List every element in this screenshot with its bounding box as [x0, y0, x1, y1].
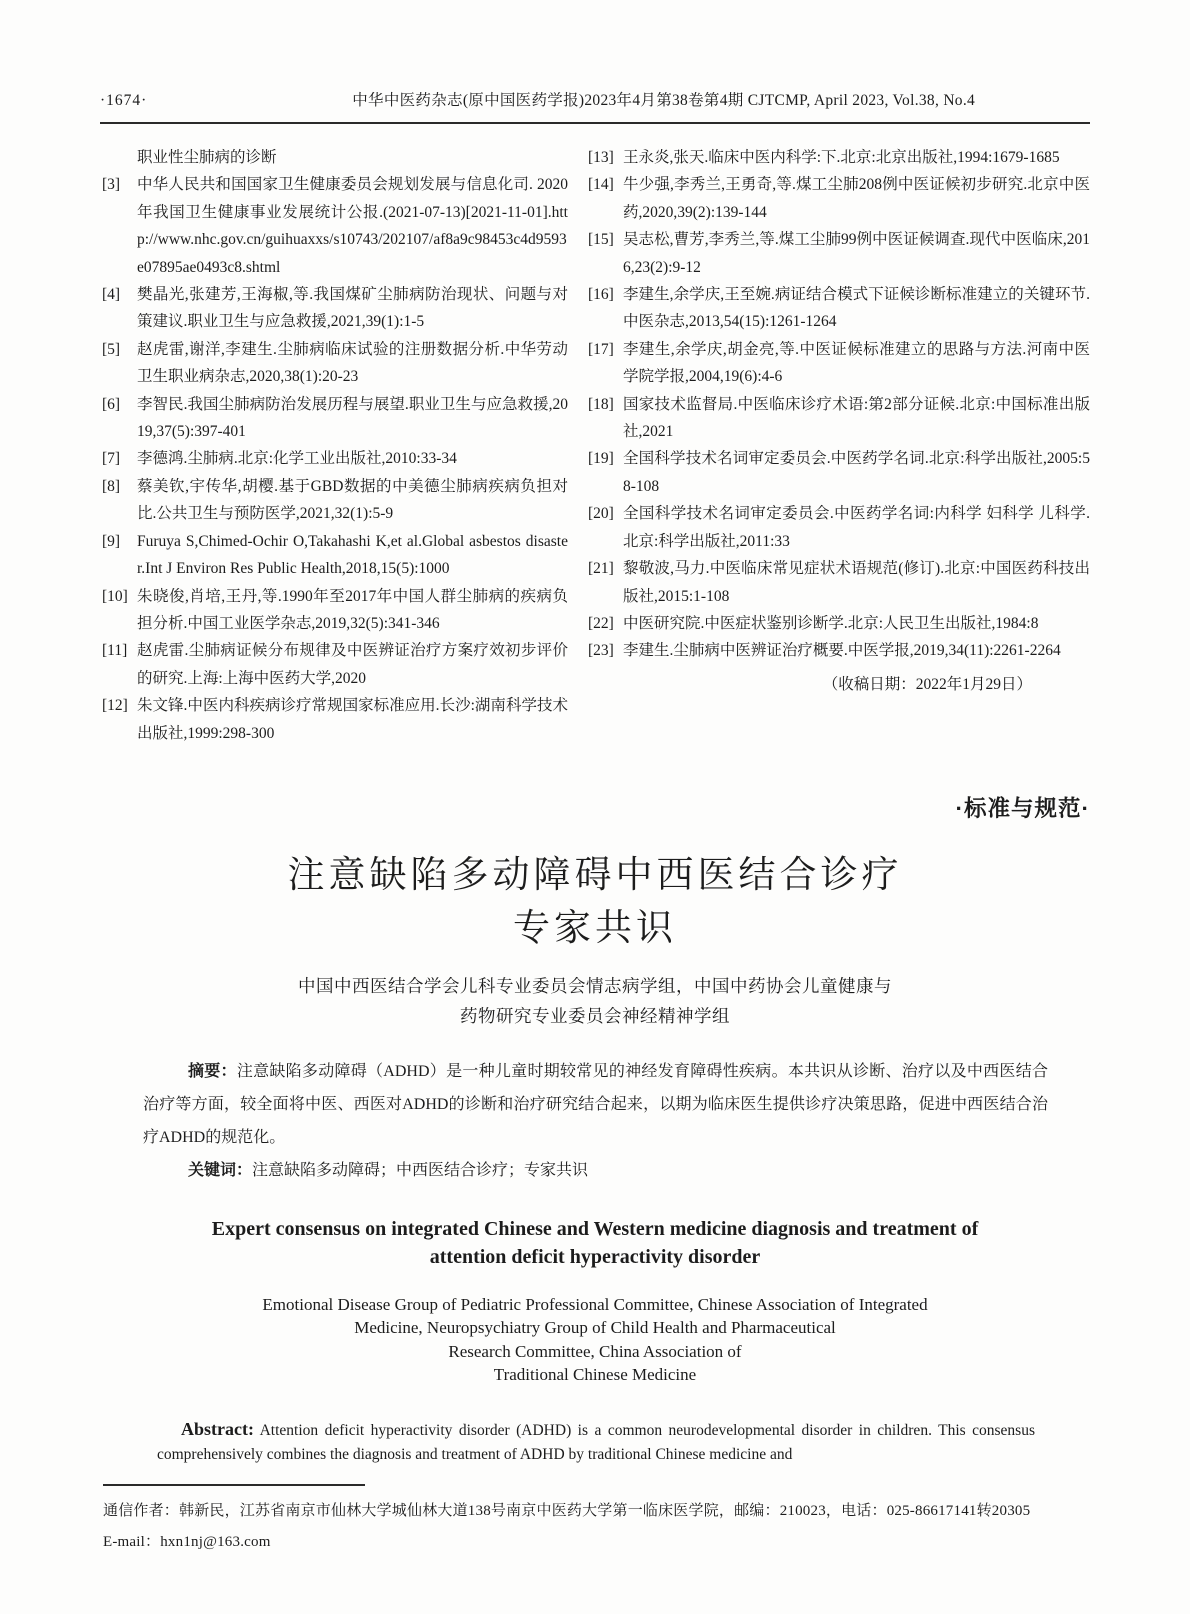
en-title-line: attention deficit hyperactivity disorder — [145, 1243, 1045, 1271]
reference-item: [4] 樊晶光,张建芳,王海椒,等.我国煤矿尘肺病防治现状、问题与对策建议.职业… — [102, 281, 568, 336]
reference-item: [16] 李建生,余学庆,王至婉.病证结合模式下证候诊断标准建立的关键环节.中医… — [588, 281, 1090, 336]
en-title-line: Expert consensus on integrated Chinese a… — [145, 1215, 1045, 1243]
journal-page: ·1674· 中华中医药杂志(原中国医药学报)2023年4月第38卷第4期 CJ… — [0, 0, 1190, 1614]
reference-item: [7] 李德鸿.尘肺病.北京:化学工业出版社,2010:33-34 — [102, 445, 568, 472]
reference-number: [6] — [102, 391, 120, 418]
cn-keywords-text: 注意缺陷多动障碍；中西医结合诊疗；专家共识 — [252, 1162, 588, 1179]
en-title: Expert consensus on integrated Chinese a… — [145, 1215, 1045, 1271]
en-affiliation: Emotional Disease Group of Pediatric Pro… — [0, 1293, 1190, 1387]
author-groups-line: 药物研究专业委员会神经精神学组 — [0, 1001, 1190, 1031]
cn-keywords-label: 关键词： — [188, 1162, 252, 1179]
reference-text: 李建生,余学庆,王至婉.病证结合模式下证候诊断标准建立的关键环节.中医杂志,20… — [623, 286, 1090, 330]
en-abstract-label: Abstract: — [181, 1419, 254, 1439]
reference-text: 吴志松,曹芳,李秀兰,等.煤工尘肺99例中医证候调查.现代中医临床,2016,2… — [623, 231, 1090, 275]
reference-text: 全国科学技术名词审定委员会.中医药学名词:内科学 妇科学 儿科学.北京:科学出版… — [623, 505, 1090, 549]
reference-text: 蔡美钦,宇传华,胡樱.基于GBD数据的中美德尘肺病疾病负担对比.公共卫生与预防医… — [137, 478, 568, 522]
reference-number: [14] — [588, 171, 614, 198]
reference-text: Furuya S,Chimed-Ochir O,Takahashi K,et a… — [137, 533, 568, 577]
reference-item: [19] 全国科学技术名词审定委员会.中医药学名词.北京:科学出版社,2005:… — [588, 445, 1090, 500]
reference-text: 赵虎雷,谢洋,李建生.尘肺病临床试验的注册数据分析.中华劳动卫生职业病杂志,20… — [137, 341, 568, 385]
reference-text: 中医研究院.中医症状鉴别诊断学.北京:人民卫生出版社,1984:8 — [623, 615, 1039, 632]
reference-text: 全国科学技术名词审定委员会.中医药学名词.北京:科学出版社,2005:58-10… — [623, 450, 1090, 494]
footer-correspondence: 通信作者：韩新民，江苏省南京市仙林大学城仙林大道138号南京中医药大学第一临床医… — [103, 1496, 1095, 1558]
en-affiliation-line: Traditional Chinese Medicine — [0, 1363, 1190, 1387]
reference-text: 朱晓俊,肖培,王丹,等.1990年至2017年中国人群尘肺病的疾病负担分析.中国… — [137, 588, 568, 632]
reference-text: 王永炎,张天.临床中医内科学:下.北京:北京出版社,1994:1679-1685 — [623, 149, 1060, 166]
en-affiliation-line: Medicine, Neuropsychiatry Group of Child… — [0, 1316, 1190, 1340]
reference-number: [20] — [588, 500, 614, 527]
reference-item: [18] 国家技术监督局.中医临床诊疗术语:第2部分证候.北京:中国标准出版社,… — [588, 391, 1090, 446]
reference-text: 李德鸿.尘肺病.北京:化学工业出版社,2010:33-34 — [137, 450, 457, 467]
page-number: ·1674· — [100, 92, 147, 110]
author-groups-line: 中国中西医结合学会儿科专业委员会情志病学组，中国中药协会儿童健康与 — [0, 971, 1190, 1001]
reference-item: [21] 黎敬波,马力.中医临床常见症状术语规范(修订).北京:中国医药科技出版… — [588, 555, 1090, 610]
section-badge: ·标准与规范· — [0, 791, 1090, 823]
received-date: （收稿日期：2022年1月29日） — [588, 671, 1090, 698]
reference-number: [18] — [588, 391, 614, 418]
cn-abstract-label: 摘要： — [188, 1063, 237, 1080]
reference-item: 职业性尘肺病的诊断 — [102, 144, 568, 171]
reference-text: 李建生,余学庆,胡金亮,等.中医证候标准建立的思路与方法.河南中医学院学报,20… — [623, 341, 1090, 385]
en-abstract-block: Abstract: Attention deficit hyperactivit… — [157, 1417, 1035, 1468]
reference-text: 朱文锋.中医内科疾病诊疗常规国家标准应用.长沙:湖南科学技术出版社,1999:2… — [137, 697, 568, 741]
reference-item: [14] 牛少强,李秀兰,王勇奇,等.煤工尘肺208例中医证候初步研究.北京中医… — [588, 171, 1090, 226]
reference-text: 国家技术监督局.中医临床诊疗术语:第2部分证候.北京:中国标准出版社,2021 — [623, 396, 1090, 440]
reference-number: [11] — [102, 637, 127, 664]
reference-number: [5] — [102, 336, 120, 363]
reference-text: 牛少强,李秀兰,王勇奇,等.煤工尘肺208例中医证候初步研究.北京中医药,202… — [623, 176, 1090, 220]
reference-text: 中华人民共和国国家卫生健康委员会规划发展与信息化司. 2020年我国卫生健康事业… — [137, 176, 568, 275]
reference-number: [10] — [102, 583, 128, 610]
references-left-column: 职业性尘肺病的诊断 [3] 中华人民共和国国家卫生健康委员会规划发展与信息化司.… — [102, 144, 568, 747]
reference-text: 职业性尘肺病的诊断 — [137, 149, 277, 166]
reference-text: 黎敬波,马力.中医临床常见症状术语规范(修订).北京:中国医药科技出版社,201… — [623, 560, 1090, 604]
author-groups: 中国中西医结合学会儿科专业委员会情志病学组，中国中药协会儿童健康与药物研究专业委… — [0, 971, 1190, 1031]
references-section: 职业性尘肺病的诊断 [3] 中华人民共和国国家卫生健康委员会规划发展与信息化司.… — [102, 144, 1090, 747]
reference-item: [23] 李建生.尘肺病中医辨证治疗概要.中医学报,2019,34(11):22… — [588, 637, 1090, 664]
reference-number: [12] — [102, 692, 128, 719]
reference-item: [3] 中华人民共和国国家卫生健康委员会规划发展与信息化司. 2020年我国卫生… — [102, 171, 568, 281]
reference-number: [13] — [588, 144, 614, 171]
reference-item: [10] 朱晓俊,肖培,王丹,等.1990年至2017年中国人群尘肺病的疾病负担… — [102, 583, 568, 638]
reference-text: 樊晶光,张建芳,王海椒,等.我国煤矿尘肺病防治现状、问题与对策建议.职业卫生与应… — [137, 286, 568, 330]
reference-number: [16] — [588, 281, 614, 308]
references-right-column: [13] 王永炎,张天.临床中医内科学:下.北京:北京出版社,1994:1679… — [588, 144, 1090, 747]
reference-item: [22] 中医研究院.中医症状鉴别诊断学.北京:人民卫生出版社,1984:8 — [588, 610, 1090, 637]
reference-number: [8] — [102, 473, 120, 500]
reference-number: [3] — [102, 171, 120, 198]
reference-item: [8] 蔡美钦,宇传华,胡樱.基于GBD数据的中美德尘肺病疾病负担对比.公共卫生… — [102, 473, 568, 528]
en-affiliation-line: Research Committee, China Association of — [0, 1340, 1190, 1364]
cn-keywords-line: 关键词：注意缺陷多动障碍；中西医结合诊疗；专家共识 — [143, 1154, 1048, 1187]
cn-abstract-text: 注意缺陷多动障碍（ADHD）是一种儿童时期较常见的神经发育障碍性疾病。本共识从诊… — [143, 1063, 1048, 1146]
cn-abstract-paragraph: 摘要：注意缺陷多动障碍（ADHD）是一种儿童时期较常见的神经发育障碍性疾病。本共… — [143, 1055, 1048, 1154]
reference-number: [21] — [588, 555, 614, 582]
reference-item: [13] 王永炎,张天.临床中医内科学:下.北京:北京出版社,1994:1679… — [588, 144, 1090, 171]
reference-item: [5] 赵虎雷,谢洋,李建生.尘肺病临床试验的注册数据分析.中华劳动卫生职业病杂… — [102, 336, 568, 391]
reference-item: [12] 朱文锋.中医内科疾病诊疗常规国家标准应用.长沙:湖南科学技术出版社,1… — [102, 692, 568, 747]
page-header: ·1674· 中华中医药杂志(原中国医药学报)2023年4月第38卷第4期 CJ… — [100, 88, 1090, 124]
reference-number: [19] — [588, 445, 614, 472]
reference-number: [7] — [102, 445, 120, 472]
article-title-line: 注意缺陷多动障碍中西医结合诊疗 — [0, 849, 1190, 902]
email-line: E-mail：hxn1nj@163.com — [103, 1527, 1095, 1558]
article-title-line: 专家共识 — [0, 902, 1190, 955]
footnote-rule — [103, 1484, 365, 1486]
reference-item: [6] 李智民.我国尘肺病防治发展历程与展望.职业卫生与应急救援,2019,37… — [102, 391, 568, 446]
reference-number: [9] — [102, 528, 120, 555]
en-affiliation-line: Emotional Disease Group of Pediatric Pro… — [0, 1293, 1190, 1317]
reference-item: [11] 赵虎雷.尘肺病证候分布规律及中医辨证治疗方案疗效初步评价的研究.上海:… — [102, 637, 568, 692]
reference-text: 李智民.我国尘肺病防治发展历程与展望.职业卫生与应急救援,2019,37(5):… — [137, 396, 568, 440]
reference-number: [4] — [102, 281, 120, 308]
reference-number: [15] — [588, 226, 614, 253]
reference-item: [15] 吴志松,曹芳,李秀兰,等.煤工尘肺99例中医证候调查.现代中医临床,2… — [588, 226, 1090, 281]
reference-text: 赵虎雷.尘肺病证候分布规律及中医辨证治疗方案疗效初步评价的研究.上海:上海中医药… — [137, 642, 568, 686]
en-abstract-text: Attention deficit hyperactivity disorder… — [157, 1422, 1035, 1464]
reference-item: [17] 李建生,余学庆,胡金亮,等.中医证候标准建立的思路与方法.河南中医学院… — [588, 336, 1090, 391]
cn-abstract-block: 摘要：注意缺陷多动障碍（ADHD）是一种儿童时期较常见的神经发育障碍性疾病。本共… — [143, 1055, 1048, 1187]
references-right-list: [13] 王永炎,张天.临床中医内科学:下.北京:北京出版社,1994:1679… — [588, 144, 1090, 665]
journal-masthead: 中华中医药杂志(原中国医药学报)2023年4月第38卷第4期 CJTCMP, A… — [147, 88, 1090, 110]
reference-number: [22] — [588, 610, 614, 637]
reference-item: [20] 全国科学技术名词审定委员会.中医药学名词:内科学 妇科学 儿科学.北京… — [588, 500, 1090, 555]
correspondence-line: 通信作者：韩新民，江苏省南京市仙林大学城仙林大道138号南京中医药大学第一临床医… — [103, 1496, 1095, 1527]
reference-number: [17] — [588, 336, 614, 363]
reference-item: [9] Furuya S,Chimed-Ochir O,Takahashi K,… — [102, 528, 568, 583]
reference-text: 李建生.尘肺病中医辨证治疗概要.中医学报,2019,34(11):2261-22… — [623, 642, 1061, 659]
article-title: 注意缺陷多动障碍中西医结合诊疗专家共识 — [0, 849, 1190, 955]
reference-number: [23] — [588, 637, 614, 664]
